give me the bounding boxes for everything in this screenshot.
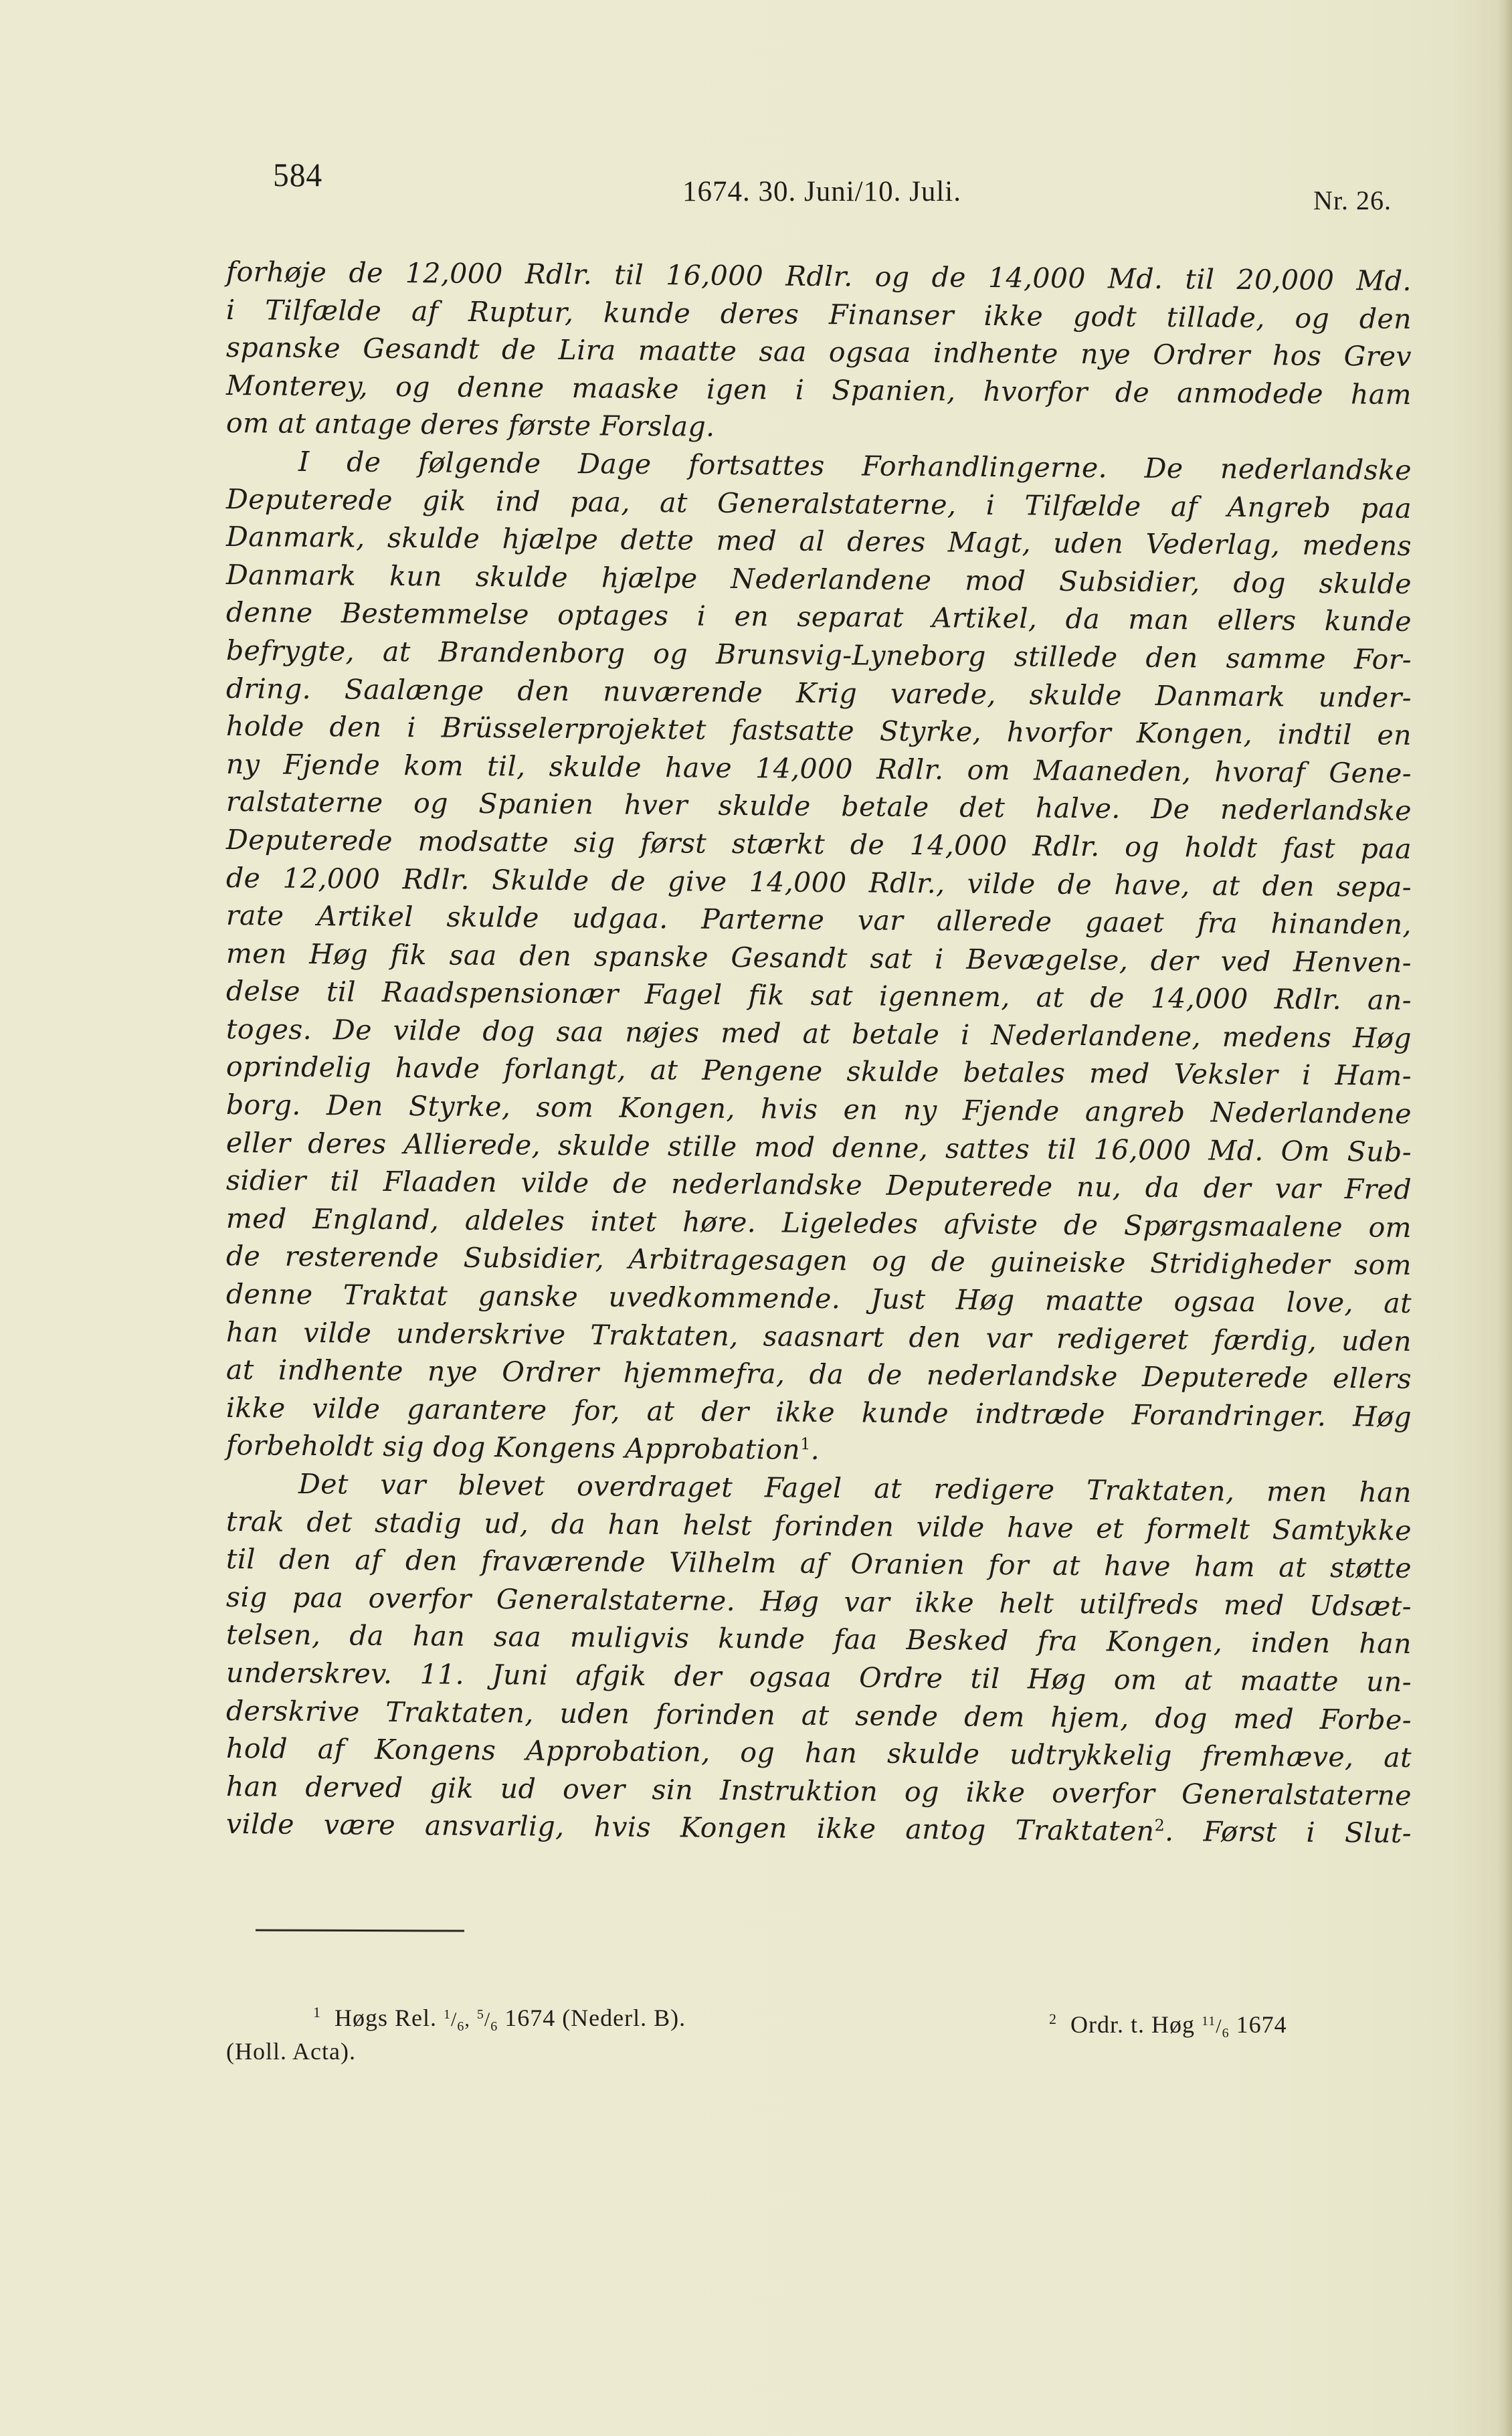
fraction-denominator: 6 [457, 2019, 464, 2034]
fraction-numerator: 5 [477, 2007, 484, 2022]
period: . [811, 1434, 820, 1466]
footnote-1: 1 Høgs Rel. 1/6, 5/6 1674 (Nederl. B). [313, 2004, 686, 2032]
footnote-1-continuation: (Holl. Acta). [226, 2037, 356, 2065]
period: . [1165, 1815, 1174, 1847]
fraction-denominator: 6 [490, 2019, 498, 2034]
footnote-text: Høgs Rel. [335, 2004, 437, 2031]
fraction-denominator: 6 [1222, 2026, 1230, 2041]
footnote-marker: 1 [313, 2004, 321, 2021]
text-line: forbeholdt sig dog Kongens Approbation [226, 1429, 800, 1466]
running-title: 1674. 30. Juni/10. Juli. [682, 175, 961, 208]
text-line: vilde være ansvarlig, hvis Kongen ikke a… [226, 1808, 1155, 1847]
body-text: forhøje de 12,000 Rdlr. til 16,000 Rdlr.… [226, 253, 1412, 1843]
footnote-2: 2 Ordr. t. Høg 11/6 1674 [1049, 2010, 1287, 2039]
fraction-numerator: 11 [1202, 2014, 1216, 2029]
footnote-ref-1[interactable]: 1 [800, 1434, 811, 1453]
fraction-numerator: 1 [444, 2007, 451, 2022]
footnote-text: 1674 (Nederl. B). [504, 2004, 686, 2031]
footnote-text: Ordr. t. Høg [1070, 2011, 1195, 2038]
footnote-marker: 2 [1049, 2010, 1057, 2027]
date-fraction: 11/6 [1202, 2015, 1230, 2037]
date-fraction: 5/6 [477, 2008, 498, 2031]
text-line: Først i Slut- [1173, 1815, 1412, 1849]
date-fraction: 1/6, [444, 2008, 470, 2031]
document-number: Nr. 26. [1313, 185, 1392, 216]
page-header: 584 1674. 30. Juni/10. Juli. Nr. 26. [0, 0, 1512, 214]
page-edge-shadow [1497, 0, 1512, 2436]
footnote-text: 1674 [1236, 2011, 1287, 2038]
page-number: 584 [273, 155, 322, 194]
footnote-ref-2[interactable]: 2 [1154, 1816, 1165, 1835]
